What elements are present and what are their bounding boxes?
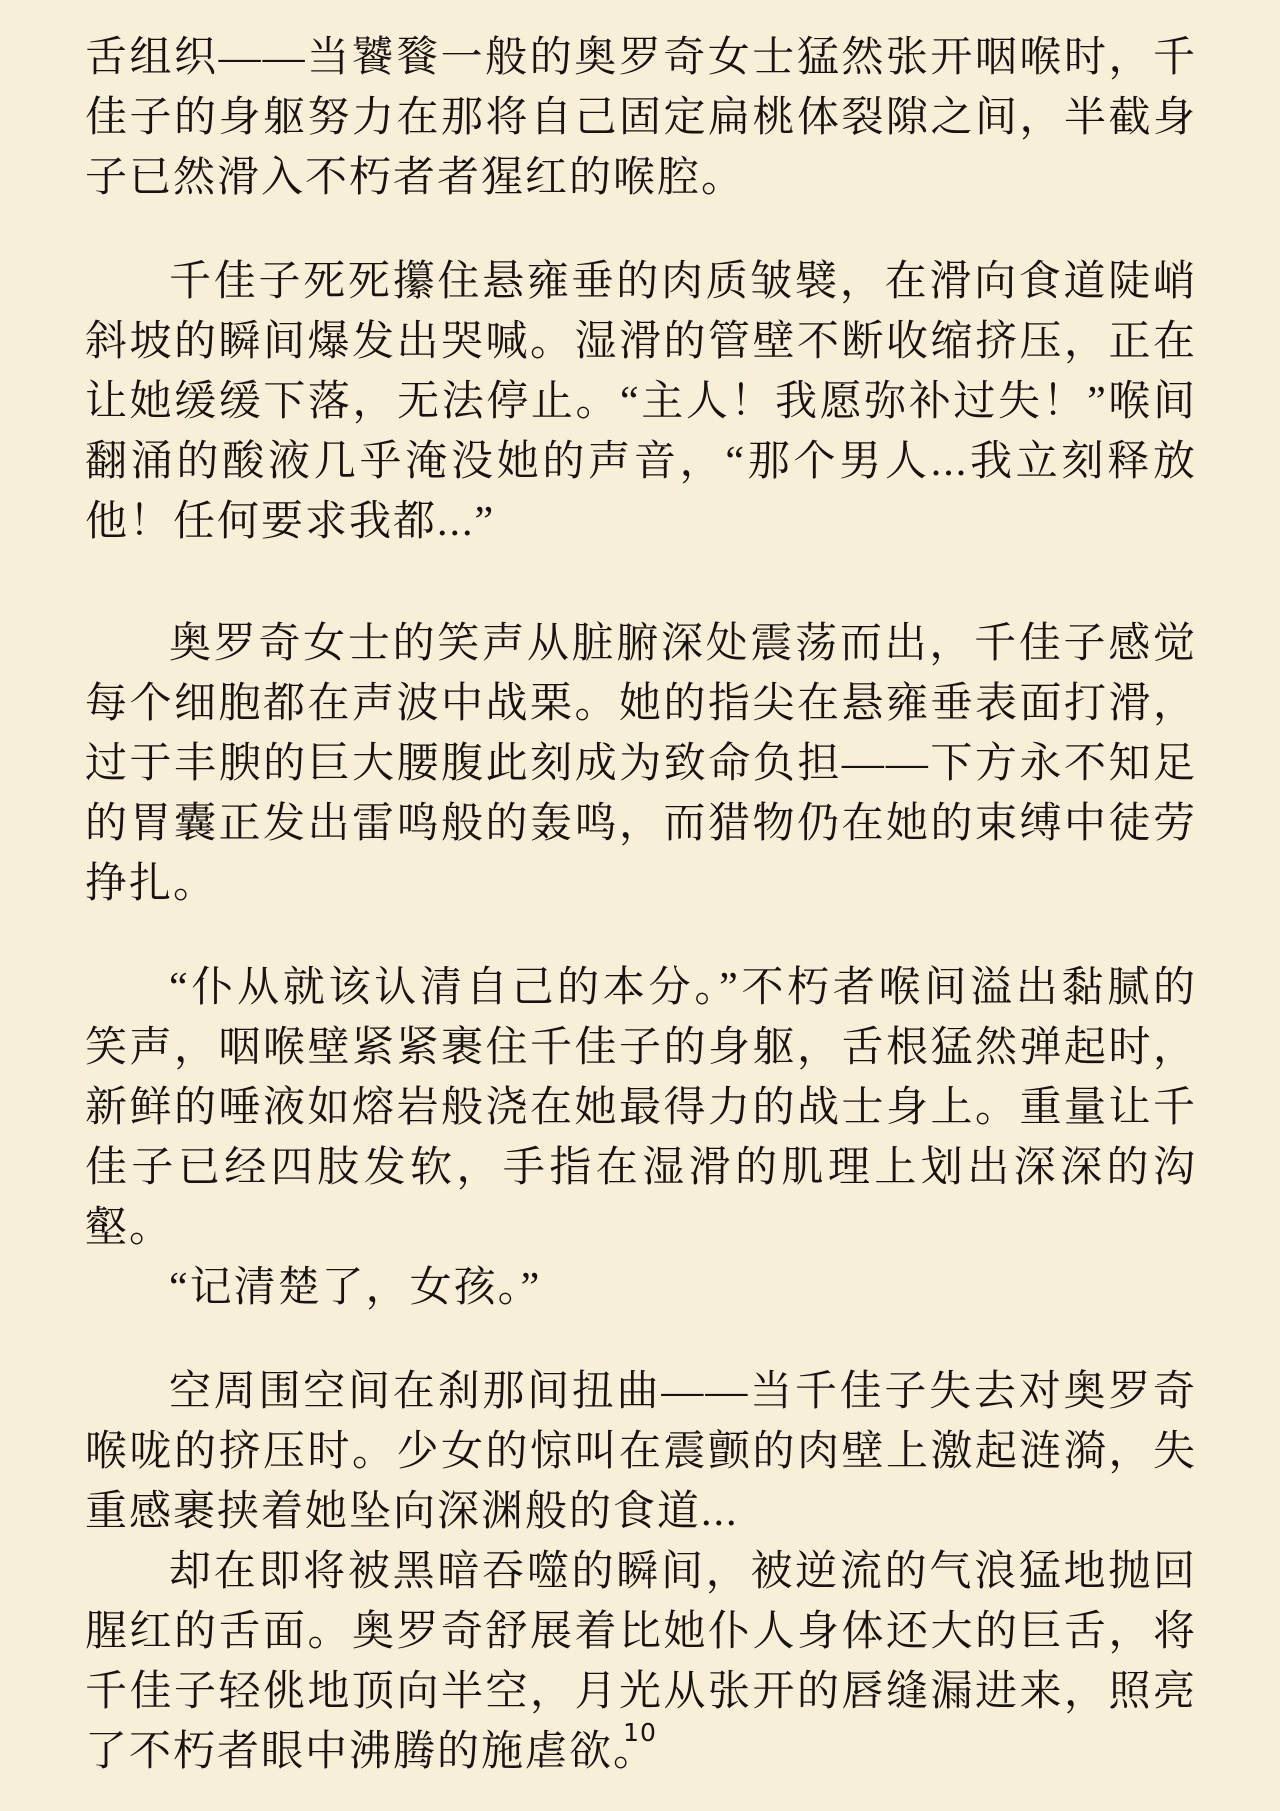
paragraph: 舌组织——当饕餮一般的奥罗奇女士猛然张开咽喉时，千佳子的身躯努力在那将自己固定扁… bbox=[85, 28, 1197, 208]
paragraph: 千佳子死死攥住悬雍垂的肉质皱襞，在滑向食道陡峭斜坡的瞬间爆发出哭喊。湿滑的管壁不… bbox=[85, 252, 1197, 552]
text-body: 舌组织——当饕餮一般的奥罗奇女士猛然张开咽喉时，千佳子的身躯努力在那将自己固定扁… bbox=[85, 28, 1197, 1782]
paragraph: 奥罗奇女士的笑声从脏腑深处震荡而出，千佳子感觉每个细胞都在声波中战栗。她的指尖在… bbox=[85, 614, 1197, 914]
document-page: 舌组织——当饕餮一般的奥罗奇女士猛然张开咽喉时，千佳子的身躯努力在那将自己固定扁… bbox=[0, 0, 1280, 1811]
paragraph: 空周围空间在刹那间扭曲——当千佳子失去对奥罗奇喉咙的挤压时。少女的惊叫在震颤的肉… bbox=[85, 1362, 1197, 1542]
paragraph: “记清楚了，女孩。” bbox=[85, 1258, 1197, 1318]
paragraph: “仆从就该认清自己的本分。”不朽者喉间溢出黏腻的笑声，咽喉壁紧紧裹住千佳子的身躯… bbox=[85, 958, 1197, 1258]
page-number: 10 bbox=[0, 1718, 1280, 1747]
